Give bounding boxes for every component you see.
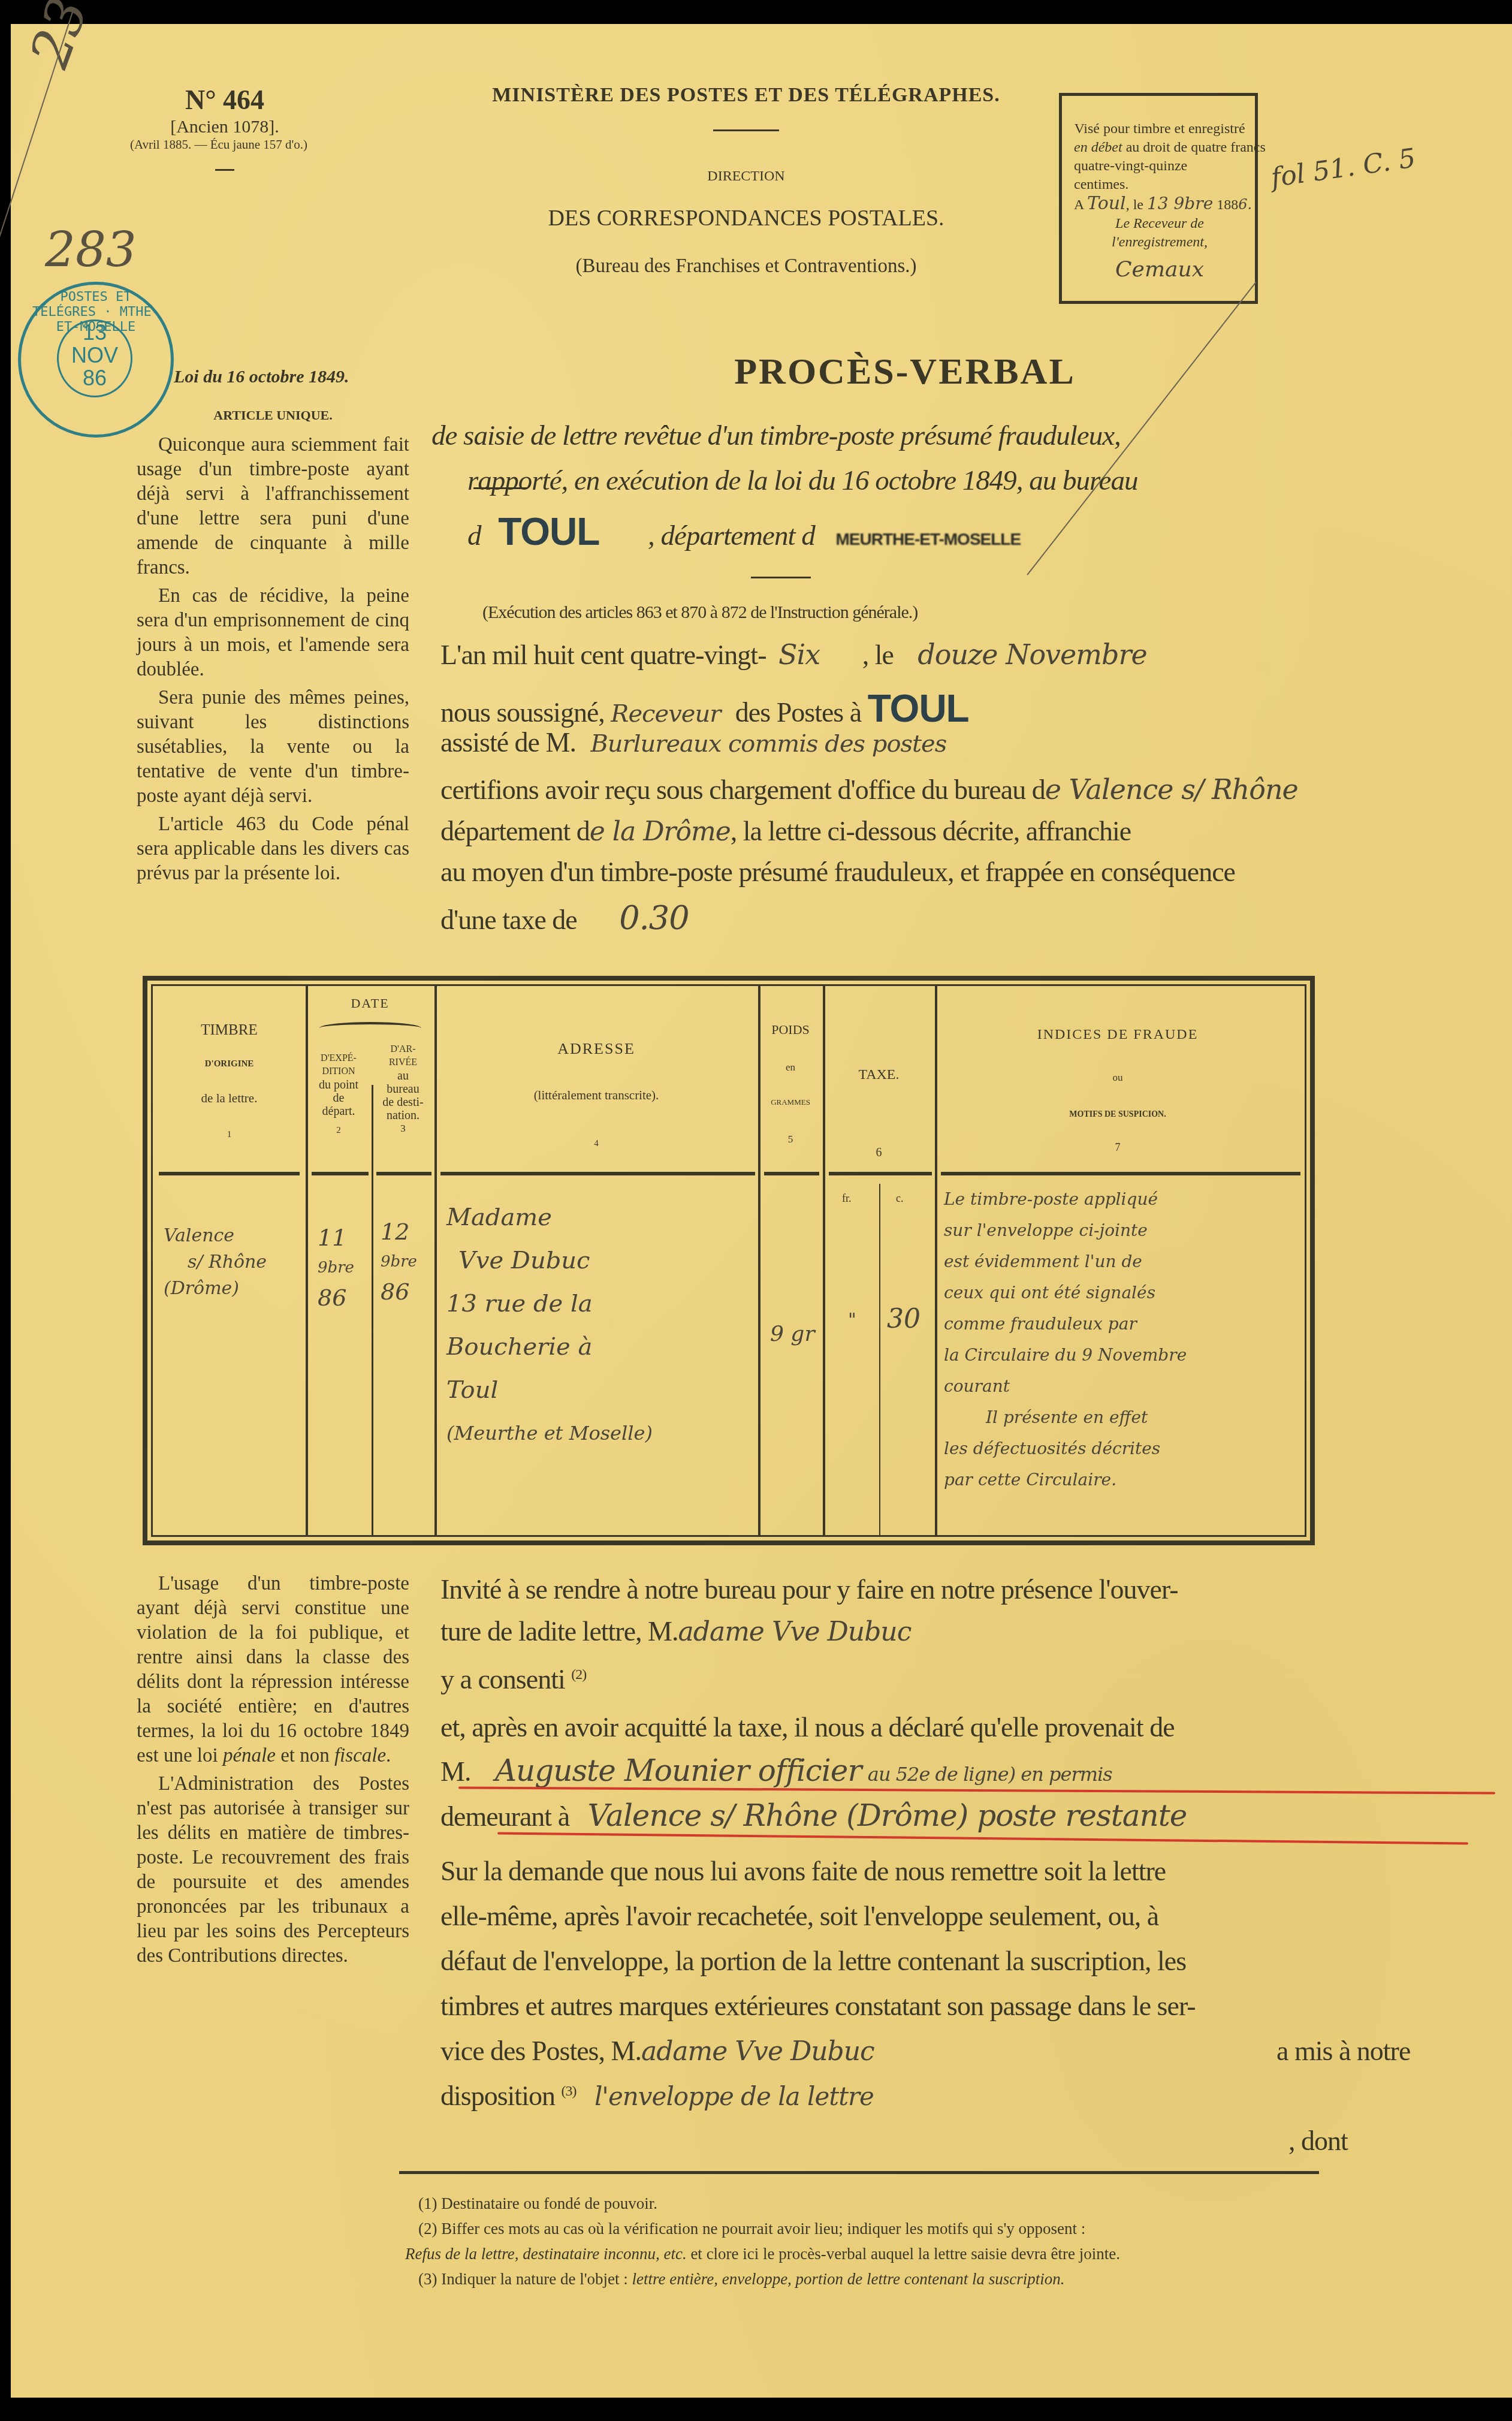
footnote-2-cont: Refus de la lettre, destinataire inconnu…	[405, 2241, 1376, 2266]
header-arrivee: D'AR- RIVÉE au bureau de desti- nation. …	[372, 1043, 434, 1135]
handwritten-tax: 0.30	[619, 899, 689, 937]
header-rule	[312, 1172, 369, 1175]
registration-date: 13 9bre	[1147, 194, 1213, 213]
form-edition: (Avril 1885. — Écu jaune 157 d'o.)	[126, 137, 312, 152]
footnotes: (1) Destinataire ou fondé de pouvoir. (2…	[405, 2191, 1376, 2292]
cell-taxe-francs: "	[848, 1310, 856, 1331]
notice-paragraph-1: L'usage d'un timbre-poste ayant déjà ser…	[137, 1572, 409, 1768]
law-title: Loi du 16 octobre 1849.	[174, 367, 349, 387]
lower-line-2: ture de ladite lettre, M.adame Vve Dubuc	[440, 1615, 911, 1647]
ministry-title: MINISTÈRE DES POSTES ET DES TÉLÉGRAPHES.	[443, 84, 1049, 107]
bureau-stamp: TOUL	[498, 510, 599, 553]
document-title: PROCÈS-VERBAL	[431, 351, 1378, 393]
handwritten-recipient: adame Vve Dubuc	[678, 1617, 912, 1647]
law-paragraph: Quiconque aura sciemment fait usage d'un…	[137, 433, 409, 580]
title-subline-2: rapporté, en exécution de la loi du 16 o…	[467, 465, 1137, 497]
body-line-signatory: nous soussigné, Receveur des Postes à TO…	[440, 686, 969, 731]
divider	[751, 577, 811, 578]
footnote-2: (2) Biffer ces mots au cas où la vérific…	[418, 2216, 1376, 2241]
margin-note-number-2: 283	[45, 222, 137, 278]
direction-name: DES CORRESPONDANCES POSTALES.	[443, 205, 1049, 231]
postmark-date: 13 NOV 86	[57, 319, 132, 397]
postmark-year: 86	[59, 367, 131, 390]
cell-indices: Le timbre-poste appliqué sur l'enveloppe…	[944, 1184, 1303, 1496]
cell-expedition: 11 9bre 86	[318, 1223, 372, 1313]
cell-poids: 9 gr	[770, 1322, 815, 1346]
bureau-name: (Bureau des Franchises et Contraventions…	[443, 255, 1049, 278]
column-divider	[372, 1085, 373, 1535]
header-rule	[764, 1172, 819, 1175]
body-line-department: département de la Drôme, la lettre ci-de…	[440, 815, 1131, 847]
registration-date-line: A Toul, le 13 9bre 1886.	[1074, 194, 1245, 215]
registration-line-2: en débet au droit de quatre francs	[1074, 138, 1245, 157]
header-rule	[440, 1172, 755, 1175]
law-article-heading: ARTICLE UNIQUE.	[137, 408, 409, 423]
header-taxe-francs: fr.	[842, 1192, 852, 1205]
execution-note: (Exécution des articles 863 et 870 à 872…	[482, 602, 918, 623]
lower-line-3: y a consenti (2)	[440, 1663, 586, 1695]
header-rule	[159, 1172, 300, 1175]
lower-line-4: et, après en avoir acquitté la taxe, il …	[440, 1711, 1175, 1743]
header-timbre: TIMBRE D'ORIGINE de la lettre. 1	[153, 1022, 306, 1140]
brace-decoration	[319, 1022, 421, 1034]
header-date: DATE	[306, 996, 434, 1011]
body-line-tax: d'une taxe de 0.30	[440, 899, 689, 937]
footnote-3: (3) Indiquer la nature de l'objet : lett…	[418, 2266, 1376, 2292]
lower-line-9: défaut de l'enveloppe, la portion de la …	[440, 1945, 1186, 1977]
header-rule	[829, 1172, 932, 1175]
handwritten-object: l'enveloppe de la lettre	[594, 2082, 874, 2111]
cell-timbre: Valence s/ Rhône (Drôme)	[164, 1223, 301, 1302]
letter-description-table: TIMBRE D'ORIGINE de la lettre. 1 DATE D'…	[143, 976, 1315, 1545]
registration-place: Toul	[1087, 193, 1126, 214]
footnote-divider	[399, 2171, 1319, 2174]
form-number: N° 464	[138, 84, 312, 116]
lower-line-6: demeurant à Valence s/ Rhône (Drôme) pos…	[440, 1798, 1187, 1833]
handwritten-date: douze Novembre	[918, 638, 1146, 671]
lower-line-5: M. Auguste Mounier officier au 52e de li…	[440, 1753, 1112, 1788]
department-stamp: MEURTHE-ET-MOSELLE	[835, 530, 1021, 548]
registration-receiver-label: Le Receveur de l'enregistrement,	[1074, 215, 1245, 252]
handwritten-origin-office: e Valence s/ Rhône	[1045, 773, 1298, 806]
divider	[215, 169, 234, 171]
ministry-header: MINISTÈRE DES POSTES ET DES TÉLÉGRAPHES.…	[443, 84, 1049, 278]
postmark-day: 13	[59, 321, 131, 344]
handwritten-sender: Auguste Mounier officier	[495, 1753, 861, 1788]
header-rule	[376, 1172, 431, 1175]
law-paragraph: En cas de récidive, la peine sera d'un e…	[137, 584, 409, 682]
handwritten-recipient-2: adame Vve Dubuc	[641, 2036, 874, 2067]
body-line-stamp: au moyen d'un timbre-poste présumé fraud…	[440, 856, 1235, 888]
lower-line-12: disposition (3) l'enveloppe de la lettre	[440, 2080, 874, 2112]
registration-line-1: Visé pour timbre et enregistré	[1074, 120, 1245, 138]
cell-arrivee: 12 9bre 86	[381, 1217, 434, 1307]
footnote-1: (1) Destinataire ou fondé de pouvoir.	[418, 2191, 1376, 2216]
lower-line-8: elle-même, après l'avoir recachetée, soi…	[440, 1900, 1158, 1932]
form-id-block: N° 464 [Ancien 1078]. (Avril 1885. — Écu…	[138, 84, 312, 171]
column-divider	[879, 1184, 880, 1535]
law-paragraph: Sera punie des mêmes peines, suivant les…	[137, 686, 409, 809]
postmark-month: NOV	[59, 344, 131, 367]
header-taxe-centimes: c.	[896, 1192, 904, 1205]
cell-taxe-centimes: 30	[887, 1304, 921, 1334]
receiver-signature: Cemaux	[1074, 260, 1245, 279]
lower-line-10: timbres et autres marques extérieures co…	[440, 1990, 1196, 2022]
form-former-number: [Ancien 1078].	[138, 117, 312, 137]
notice-text: L'usage d'un timbre-poste ayant déjà ser…	[137, 1572, 409, 1968]
handwritten-department: e la Drôme	[590, 816, 731, 847]
header-expedition: D'EXPÉ- DITION du point de départ. 2	[306, 1052, 372, 1137]
strikethrough	[473, 487, 527, 489]
handwritten-role: Receveur	[611, 700, 720, 728]
header-taxe: TAXE. 6	[823, 1067, 935, 1160]
header-poids: POIDS en GRAMMES 5	[758, 1022, 823, 1145]
notice-paragraph-2: L'Administration des Postes n'est pas au…	[137, 1772, 409, 1968]
table-inner-frame: TIMBRE D'ORIGINE de la lettre. 1 DATE D'…	[151, 984, 1306, 1537]
title-subline-3: d TOUL , département d MEURTHE-ET-MOSELL…	[467, 509, 1021, 554]
handwritten-sender-extra: au 52e de ligne) en permis	[868, 1763, 1112, 1786]
lower-line-13: , dont	[1288, 2125, 1348, 2157]
header-rule	[941, 1172, 1300, 1175]
handwritten-assistant: Burlureaux commis des postes	[590, 730, 946, 758]
body-line-date: L'an mil huit cent quatre-vingt- Six , l…	[440, 638, 1147, 671]
registration-box: Visé pour timbre et enregistré en débet …	[1059, 93, 1258, 304]
lower-line-1: Invité à se rendre à notre bureau pour y…	[440, 1573, 1178, 1605]
header-adresse: ADRESSE (littéralement transcrite). 4	[434, 1040, 758, 1149]
divider	[713, 129, 779, 131]
cell-adresse: Madame Vve Dubuc 13 rue de la Boucherie …	[446, 1196, 755, 1455]
lower-line-11: vice des Postes, M.adame Vve Dubuc a mis…	[440, 2035, 874, 2067]
body-line-assistant: assisté de M. Burlureaux commis des post…	[440, 726, 946, 758]
law-article-text: Quiconque aura sciemment fait usage d'un…	[137, 433, 409, 886]
header-indices: INDICES DE FRAUDE ou MOTIFS DE SUSPICION…	[935, 1027, 1300, 1154]
body-line-origin: certifions avoir reçu sous chargement d'…	[440, 773, 1298, 806]
handwritten-sender-address: Valence s/ Rhône (Drôme) poste restante	[588, 1798, 1187, 1833]
handwritten-year: Six	[778, 638, 820, 671]
office-stamp: TOUL	[868, 687, 969, 730]
title-subline-1: de saisie de lettre revêtue d'un timbre-…	[431, 420, 1121, 452]
registration-line-3: quatre-vingt-quinze centimes.	[1074, 157, 1245, 194]
direction-label: DIRECTION	[443, 168, 1049, 185]
lower-line-7: Sur la demande que nous lui avons faite …	[440, 1855, 1166, 1887]
law-paragraph: L'article 463 du Code pénal sera applica…	[137, 812, 409, 886]
